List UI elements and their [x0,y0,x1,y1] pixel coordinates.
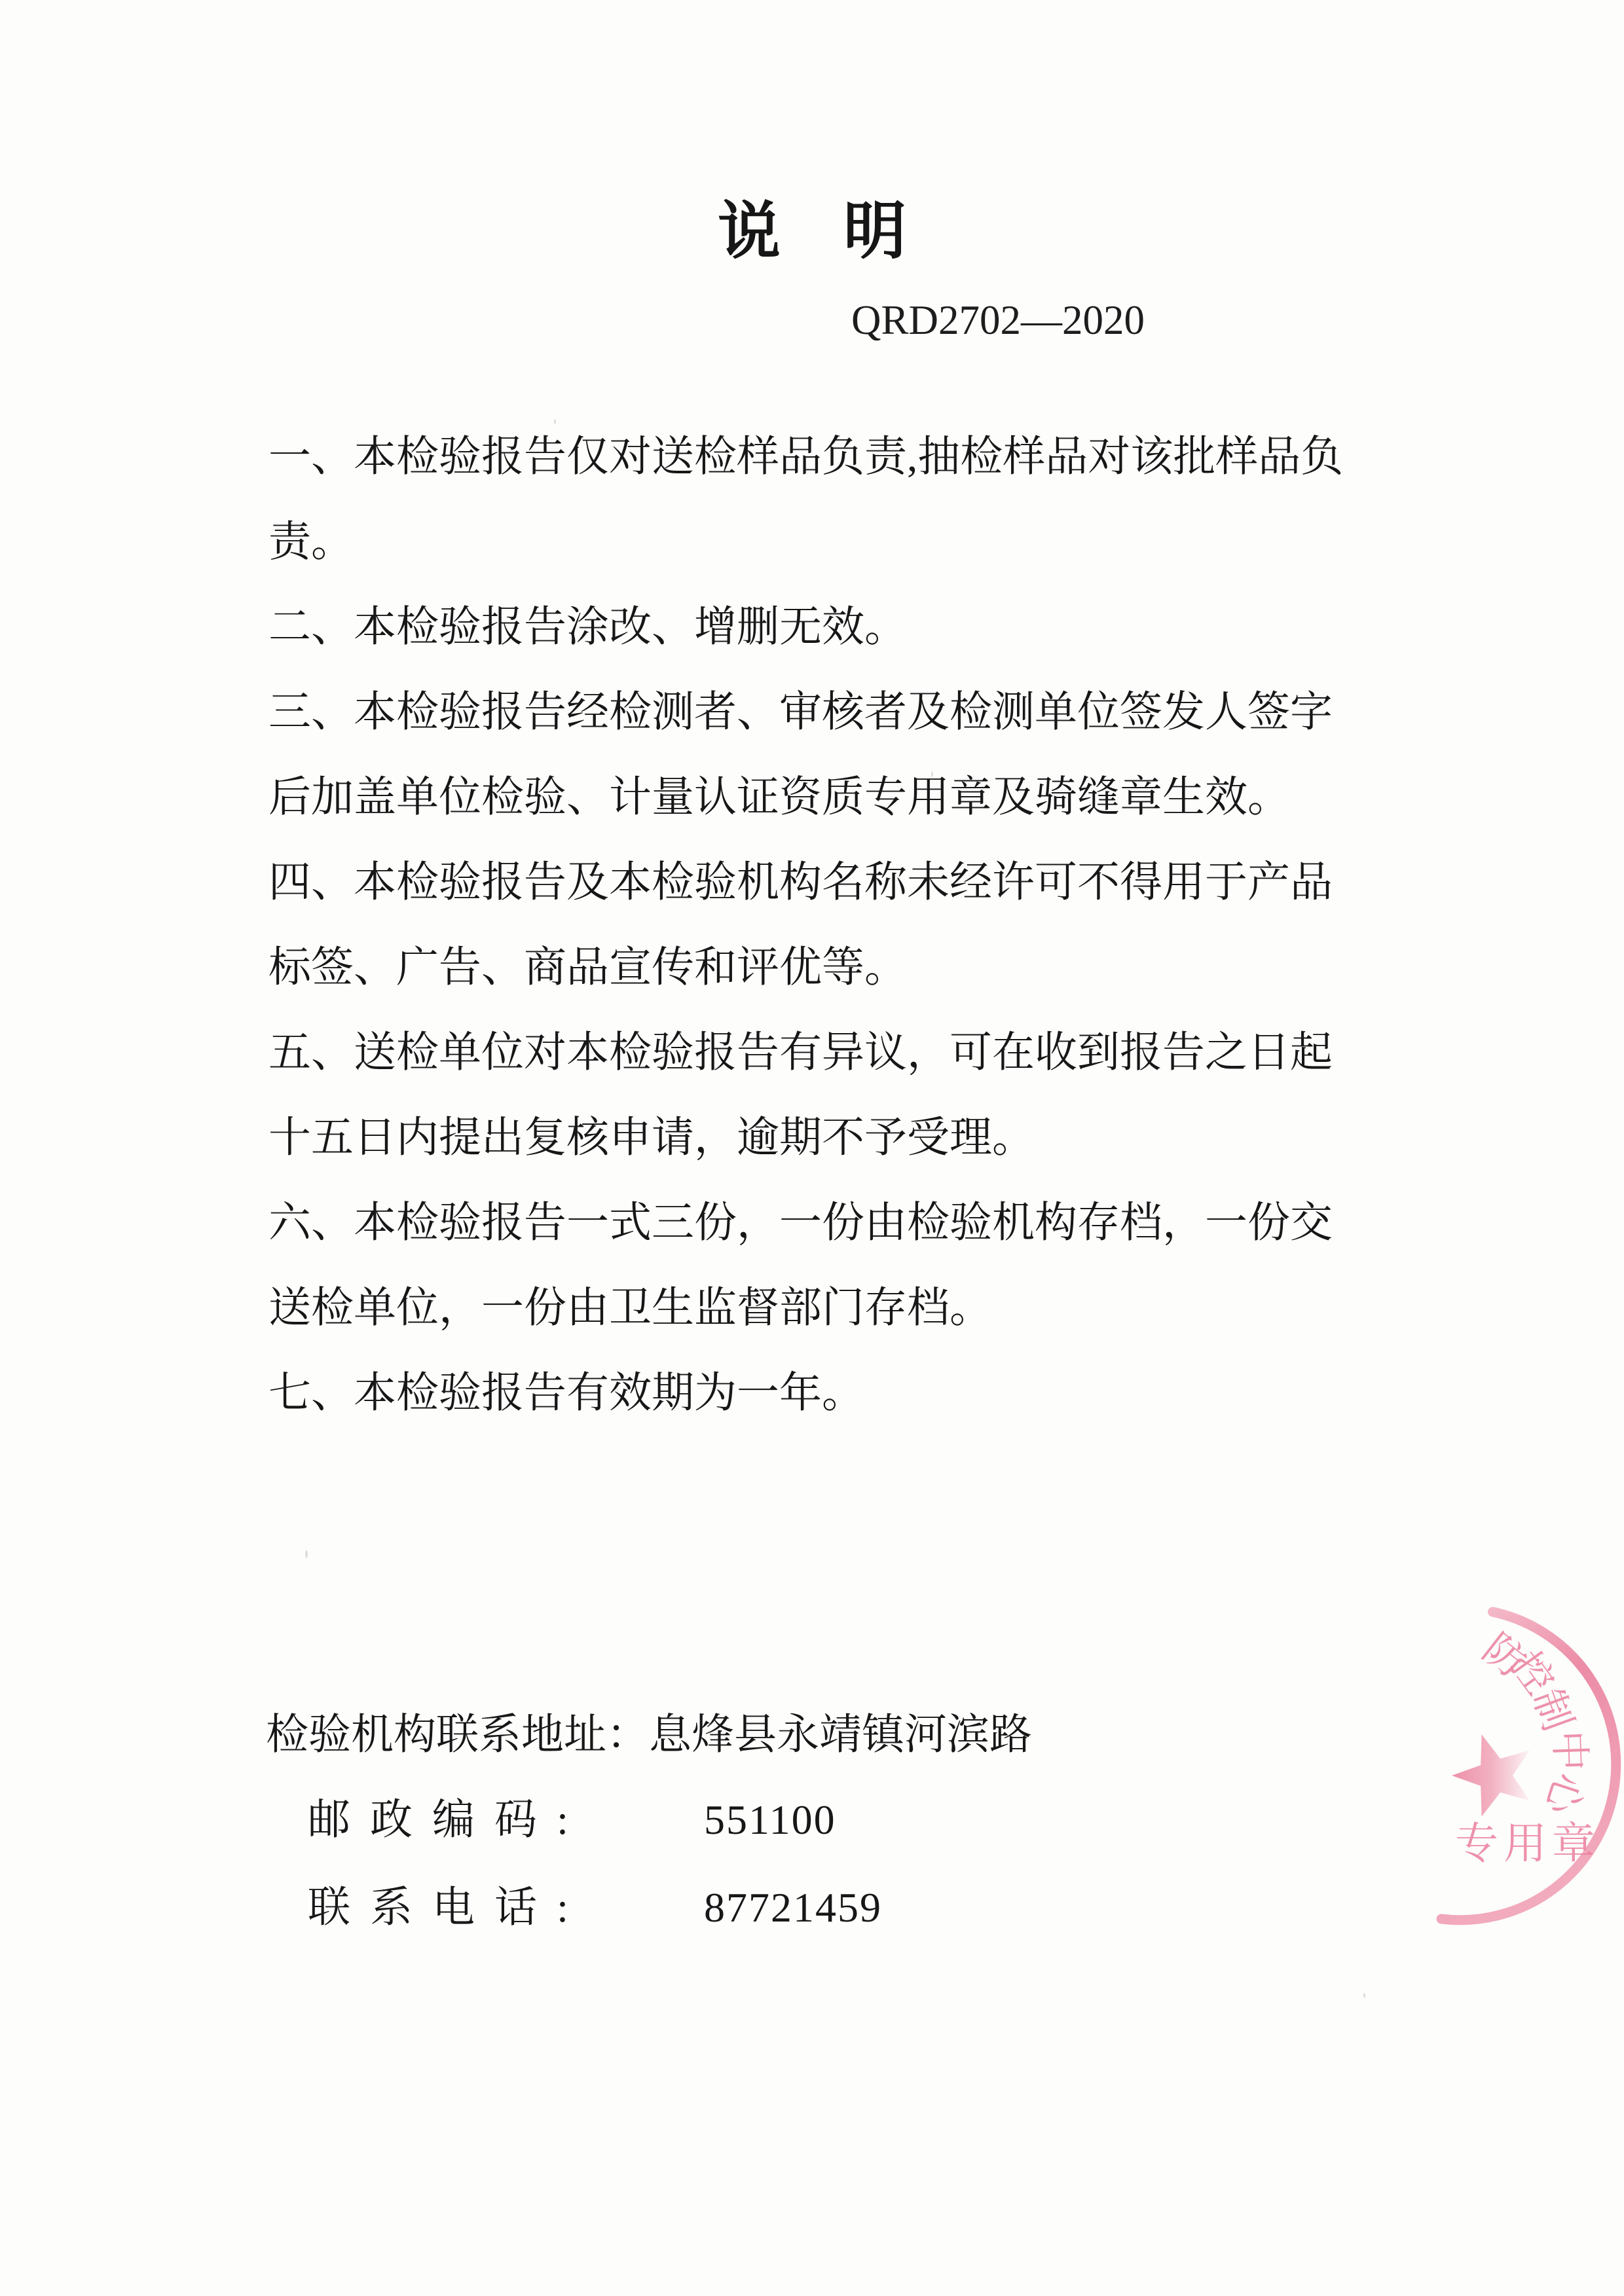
contact-postal-value: 551100 [704,1799,836,1841]
note-line: 四、本检验报告及本检验机构名称未经许可不得用于产品 [268,840,1384,925]
scan-speck [931,771,933,777]
stamp-bottom-text: 专用章 [1455,1820,1600,1868]
contact-phone-label: 联系电话: [308,1884,588,1931]
contact-address-value: 息烽县永靖镇河滨路 [649,1711,1032,1758]
contact-postal-label: 邮政编码: [308,1796,588,1844]
note-line: 六、本检验报告一式三份，一份由检验机构存档，一份交 [268,1180,1384,1266]
note-line: 标签、广告、商品宣传和评优等。 [268,925,1384,1010]
note-line: 一、本检验报告仅对送检样品负责,抽检样品对该批样品负 [268,414,1384,500]
stamp-arc-char: 中 [1546,1730,1592,1772]
note-line: 后加盖单位检验、计量认证资质专用章及骑缝章生效。 [268,755,1384,840]
page-title: 说 明 [0,200,1624,263]
contact-postal-row: 邮政编码: 551100 [308,1799,1356,1842]
scan-speck [305,1550,308,1558]
doc-code: QRD2702—2020 [851,300,1145,341]
note-line: 二、本检验报告涂改、增删无效。 [268,585,1384,670]
contact-address-label: 检验机构联系地址： [266,1711,649,1758]
stamp-arc-char: 防 [1475,1626,1534,1686]
note-line: 三、本检验报告经检测者、审核者及检测单位签发人签字 [268,670,1384,755]
stamp-arc-char: 制 [1524,1683,1579,1737]
scanned-report-page: 说 明 QRD2702—2020 一、本检验报告仅对送检样品负责,抽检样品对该批… [0,0,1624,2296]
notes-block: 一、本检验报告仅对送检样品负责,抽检样品对该批样品负 责。 二、本检验报告涂改、… [268,414,1384,1436]
contact-phone-value: 87721459 [704,1887,882,1929]
stamp-ring-arc [1441,1612,1616,1920]
note-line: 五、送检单位对本检验报告有异议，可在收到报告之日起 [268,1010,1384,1095]
note-line: 七、本检验报告有效期为一年。 [268,1351,1384,1436]
contact-address-row: 检验机构联系地址：息烽县永靖镇河滨路 [266,1714,1032,1757]
note-line: 送检单位，一份由卫生监督部门存档。 [268,1266,1384,1351]
stamp-arc-char: 控 [1502,1644,1562,1703]
stamp-arc-char: 心 [1536,1768,1591,1821]
scan-speck [554,419,556,424]
contact-phone-row: 联系电话: 87721459 [308,1887,1356,1929]
note-line: 责。 [268,500,1384,585]
star-icon [1452,1734,1530,1817]
scan-speck [1363,1993,1365,1998]
note-line: 十五日内提出复核申请，逾期不予受理。 [268,1095,1384,1180]
